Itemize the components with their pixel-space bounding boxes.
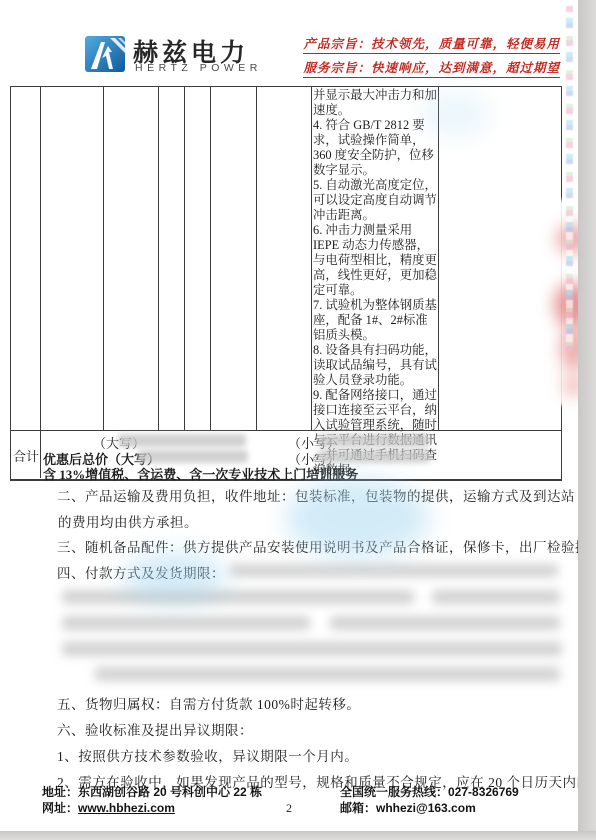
table-column-line	[438, 86, 439, 430]
page-number: 2	[286, 801, 292, 816]
redacted-amount	[118, 434, 246, 447]
blue-watermark-blur	[420, 92, 490, 137]
description-item: 4. 符合 GB/T 2812 要求，试验操作简单，360 度安全防护，位移数字…	[313, 118, 437, 178]
table-column-line	[184, 86, 185, 430]
table-row-line	[10, 430, 561, 431]
redacted-amount	[138, 450, 248, 463]
footer-email: 邮箱：whhezi@163.com	[340, 799, 476, 816]
table-column-line	[256, 86, 257, 430]
service-slogan: 服务宗旨：快速响应，达到满意，超过期望	[303, 58, 560, 76]
company-name-en: HERTZ POWER	[135, 62, 262, 74]
table-column-line	[40, 86, 41, 430]
term-acceptance-1: 1、按照供方技术参数验收，异议期限一个月内。	[57, 745, 358, 765]
description-item: 并显示最大冲击力和加速度。	[313, 88, 437, 118]
website-link[interactable]: www.hbhezi.com	[78, 801, 175, 815]
scan-edge-bottom	[0, 831, 596, 840]
redacted-text-block	[230, 564, 558, 577]
table-column-line	[311, 86, 312, 430]
blue-watermark-blur	[285, 478, 430, 558]
redacted-text-block	[95, 667, 560, 681]
hertz-power-logo-icon	[85, 36, 125, 72]
redacted-amount	[318, 450, 430, 463]
tax-note: 含 13%增值税、含运费、含一次专业技术上门培训服务	[43, 464, 358, 483]
blue-watermark-blur	[122, 552, 227, 602]
redacted-text-block	[62, 616, 310, 630]
table-column-line	[210, 86, 211, 430]
quotation-table	[10, 86, 562, 481]
scan-edge-right	[578, 0, 596, 840]
total-label: 合计	[13, 446, 41, 465]
table-column-line	[158, 86, 159, 430]
product-description-cell: 并显示最大冲击力和加速度。 4. 符合 GB/T 2812 要求，试验操作简单，…	[313, 88, 437, 478]
scan-noise-strip	[566, 6, 573, 351]
redacted-text-block	[432, 590, 560, 604]
scanned-document: 赫兹电力 HERTZ POWER 产品宗旨：技术领先，质量可靠，轻便易用 服务宗…	[0, 0, 596, 840]
description-item: 7. 试验机为整体钢质基座，配备 1#、2#标准铝质头模。	[313, 298, 437, 343]
footer-address: 地址：东西湖创谷路 20 号科创中心 22 栋	[42, 783, 262, 800]
redacted-text-block	[62, 590, 414, 604]
description-item: 8. 设备具有扫码功能，读取试品编号，具有试验人员登录功能。	[313, 343, 437, 388]
product-slogan: 产品宗旨：技术领先，质量可靠，轻便易用	[303, 34, 560, 52]
description-item: 6. 冲击力测量采用 IEPE 动态力传感器，与电荷型相比，精度更高，线性更好，…	[313, 223, 437, 298]
table-column-line	[103, 86, 104, 430]
redacted-text-block	[62, 642, 562, 656]
term-acceptance: 六、验收标准及提出异议期限：	[57, 719, 253, 739]
footer-website: 网址：www.hbhezi.com	[42, 799, 175, 816]
term-ownership: 五、货物归属权：自需方付货款 100%时起转移。	[57, 693, 360, 713]
redacted-amount	[318, 434, 430, 447]
redacted-text-block	[330, 616, 560, 630]
term-transport-2: 的费用均由供方承担。	[58, 511, 198, 531]
description-item: 5. 自动激光高度定位，可以设定高度自动调节冲击距离。	[313, 178, 437, 223]
footer-hotline: 全国统一服务热线：027-8326769	[340, 783, 519, 800]
